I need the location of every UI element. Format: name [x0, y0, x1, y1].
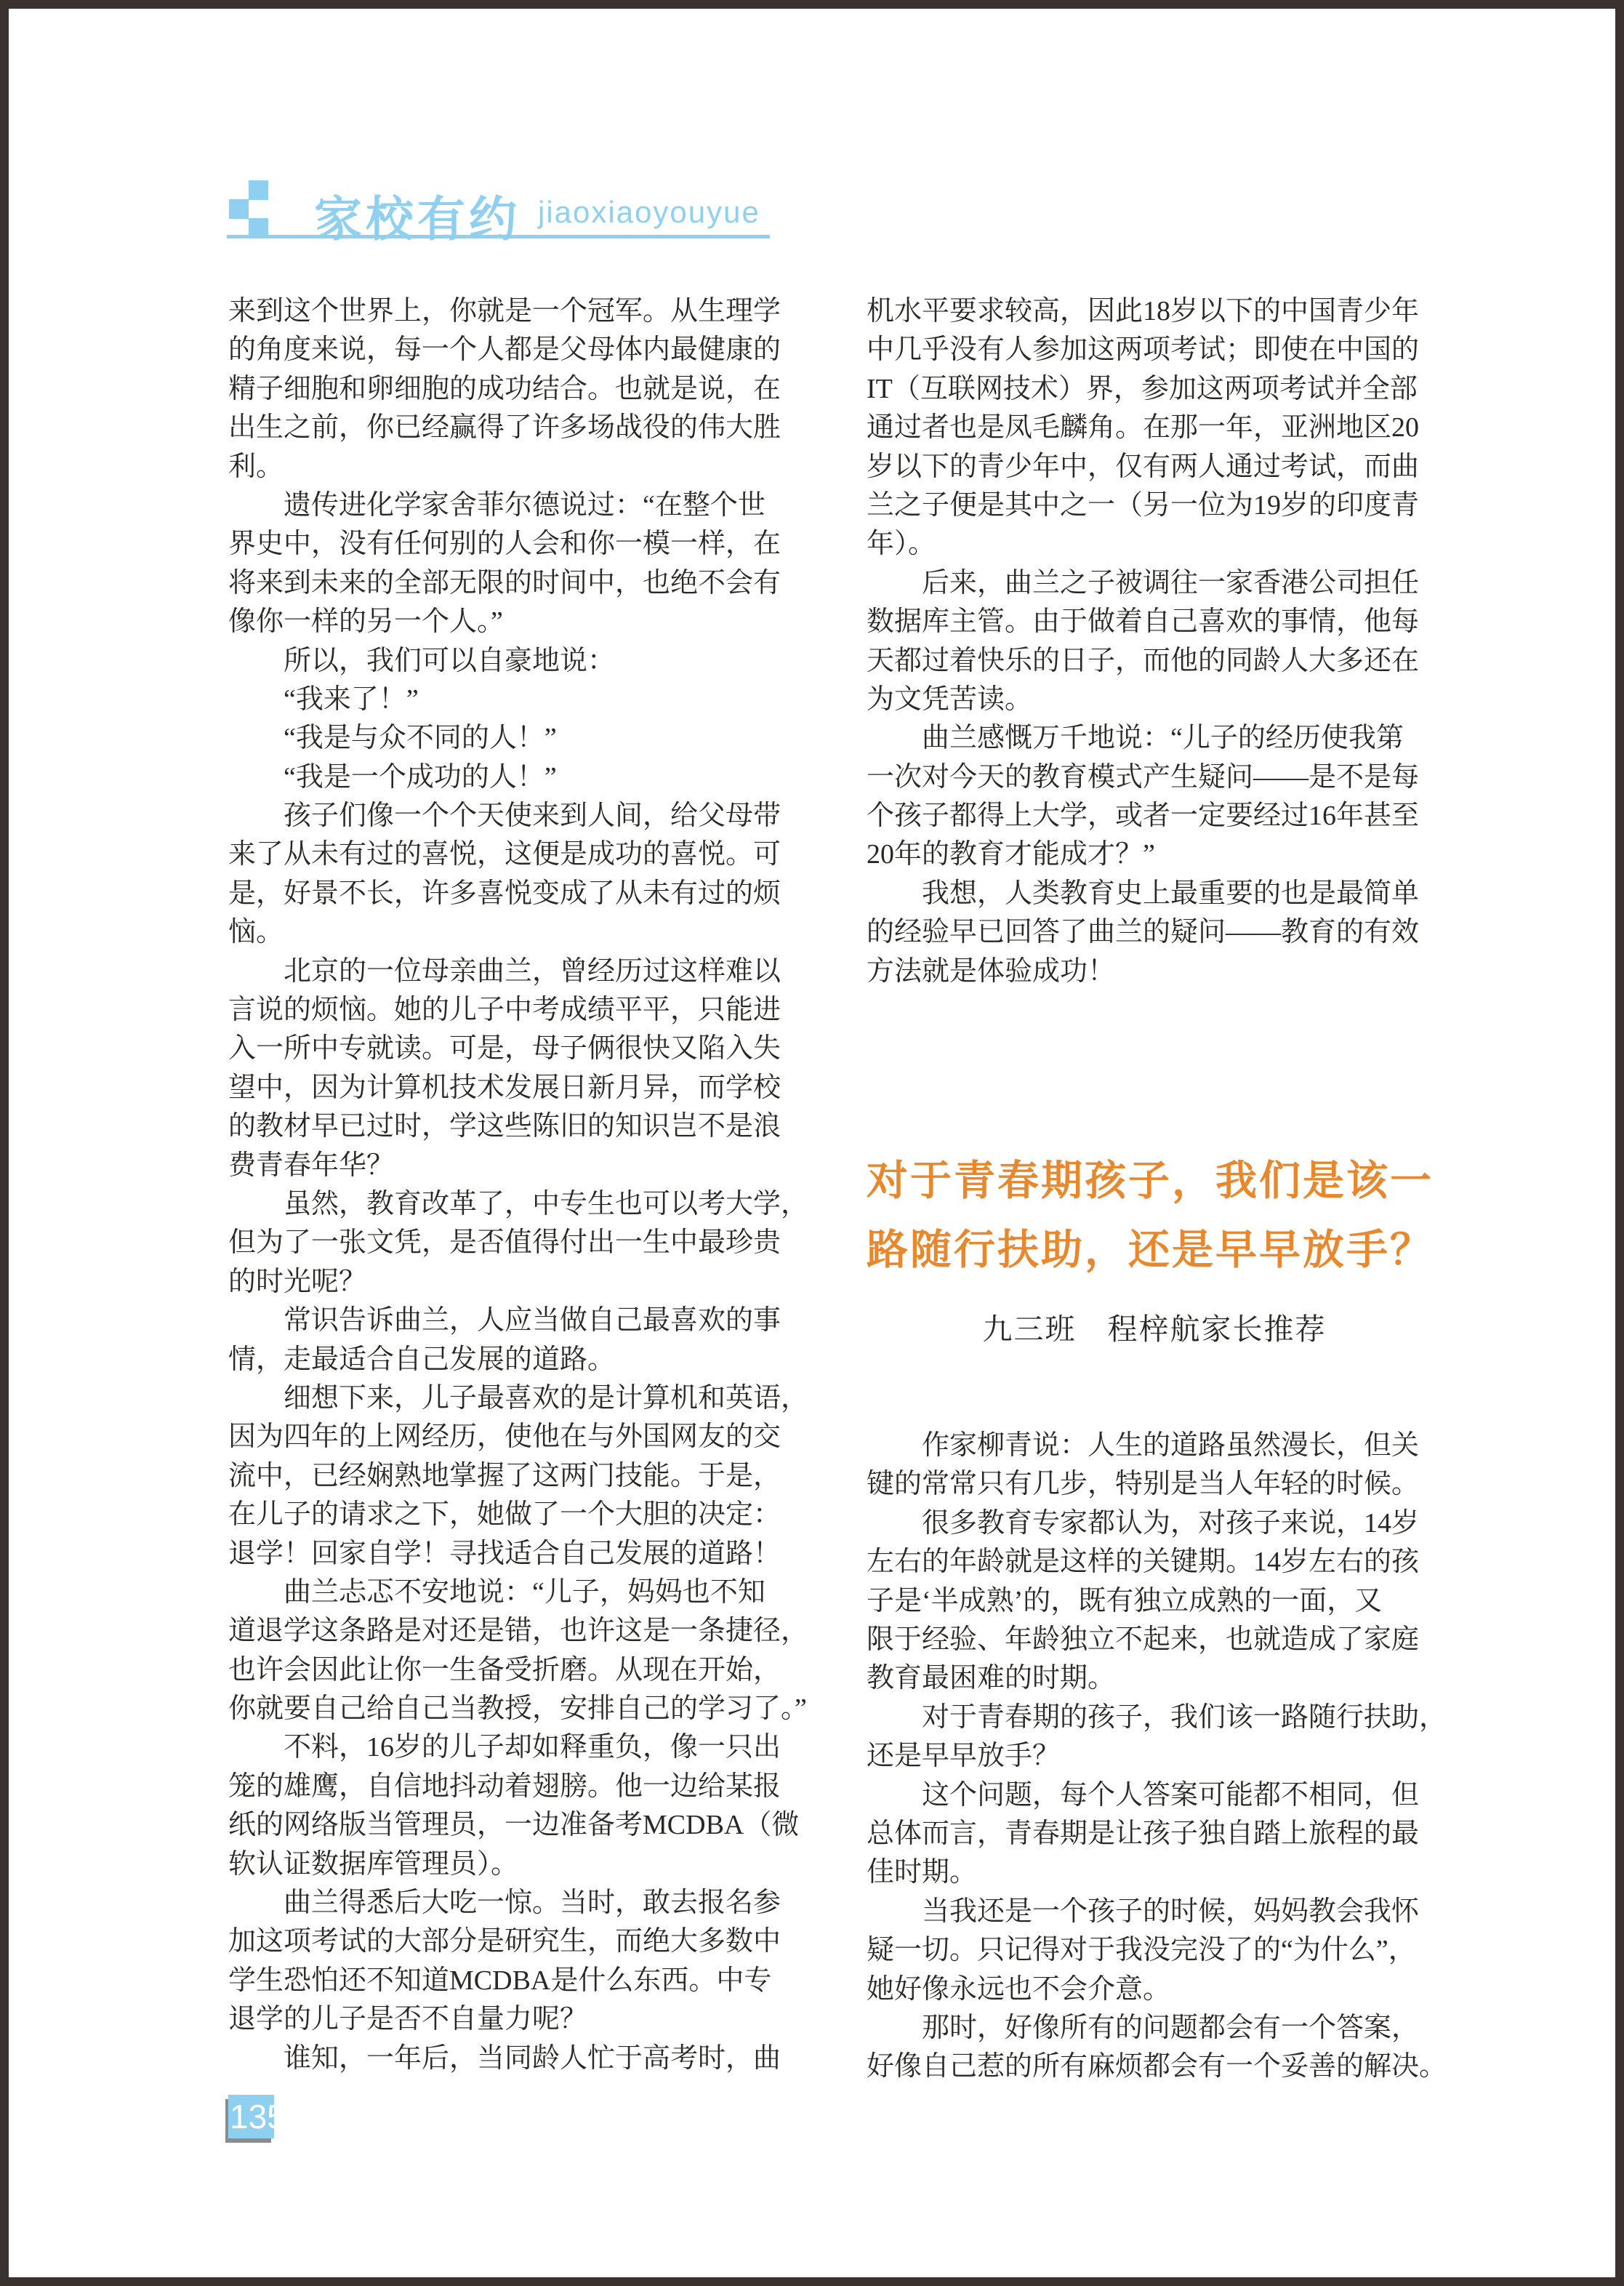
text-line: 出生之前，你已经赢得了许多场战役的伟大胜 [228, 409, 804, 447]
text-line: 键的常常只有几步，特别是当人年轻的时候。 [867, 1465, 1442, 1504]
text-line: 笼的雄鹰，自信地抖动着翅膀。他一边给某报 [228, 1768, 804, 1806]
text-line: 入一所中专就读。可是，母子俩很快又陷入失 [228, 1030, 804, 1068]
text-line: 中几乎没有人参加这两项考试；即使在中国的 [867, 331, 1442, 369]
text-line: 加这项考试的大部分是研究生，而绝大多数中 [228, 1922, 804, 1961]
text-line: 恼。 [228, 913, 804, 952]
text-line: 限于经验、年龄独立不起来，也就造成了家庭 [867, 1621, 1442, 1659]
text-line: 通过者也是凤毛麟角。在那一年，亚洲地区20 [867, 409, 1442, 447]
feature-heading: 对于青春期孩子，我们是该一路随行扶助，还是早早放手？ [867, 1147, 1442, 1285]
text-line: 这个问题，每个人答案可能都不相同，但 [867, 1776, 1442, 1815]
text-line: 不料，16岁的儿子却如释重负，像一只出 [228, 1728, 804, 1767]
text-line: 还是早早放手？ [867, 1737, 1442, 1776]
text-line: 作家柳青说：人生的道路虽然漫长，但关 [867, 1427, 1442, 1465]
checker-squares-icon [249, 180, 268, 200]
header-underline [227, 235, 770, 238]
text-line: 对于青春期的孩子，我们该一路随行扶助， [867, 1699, 1442, 1737]
text-line: 界史中，没有任何别的人会和你一模一样，在 [228, 525, 804, 564]
text-line: 的时光呢？ [228, 1263, 804, 1302]
text-line: 退学的儿子是否不自量力呢？ [228, 2000, 804, 2039]
text-line: “我是一个成功的人！” [228, 758, 804, 797]
feature-byline: 九三班 程梓航家长推荐 [867, 1310, 1442, 1349]
page-number: 135 [230, 2098, 286, 2135]
text-line: 为文凭苦读。 [867, 681, 1442, 719]
text-line: 流中，已经娴熟地掌握了这两门技能。于是， [228, 1457, 804, 1496]
text-line: 很多教育专家都认为，对孩子来说，14岁 [867, 1504, 1442, 1543]
text-line: “我是与众不同的人！” [228, 719, 804, 758]
text-line: 在儿子的请求之下，她做了一个大胆的决定： [228, 1496, 804, 1534]
text-line: 当我还是一个孩子的时候，妈妈教会我怀 [867, 1893, 1442, 1931]
text-line: 退学！回家自学！寻找适合自己发展的道路！ [228, 1535, 804, 1573]
text-line: 虽然，教育改革了，中专生也可以考大学， [228, 1185, 804, 1224]
text-line: 路随行扶助，还是早早放手？ [867, 1216, 1442, 1285]
text-line: 是，好景不长，许多喜悦变成了从未有过的烦 [228, 875, 804, 913]
text-line: 的角度来说，每一个人都是父母体内最健康的 [228, 331, 804, 369]
text-line: 疑一切。只记得对于我没完没了的“为什么”， [867, 1931, 1442, 1970]
text-line: 总体而言，青春期是让孩子独自踏上旅程的最 [867, 1815, 1442, 1853]
right-column-top-text: 机水平要求较高，因此18岁以下的中国青少年中几乎没有人参加这两项考试；即使在中国… [867, 292, 1442, 991]
right-column: 机水平要求较高，因此18岁以下的中国青少年中几乎没有人参加这两项考试；即使在中国… [867, 292, 1442, 2087]
text-line: 精子细胞和卵细胞的成功结合。也就是说，在 [228, 370, 804, 409]
left-column: 来到这个世界上，你就是一个冠军。从生理学的角度来说，每一个人都是父母体内最健康的… [228, 292, 804, 2078]
text-line: 遗传进化学家舍菲尔德说过：“在整个世 [228, 486, 804, 525]
text-line: 将来到未来的全部无限的时间中，也绝不会有 [228, 564, 804, 603]
text-line: 曲兰感慨万千地说：“儿子的经历使我第 [867, 719, 1442, 758]
text-line: 纸的网络版当管理员，一边准备考MCDBA（微 [228, 1806, 804, 1845]
text-line: 谁知，一年后，当同龄人忙于高考时，曲 [228, 2040, 804, 2078]
magazine-page: 家校有约 jiaoxiaoyouyue 来到这个世界上，你就是一个冠军。从生理学… [0, 0, 1624, 2286]
text-line: 利。 [228, 448, 804, 486]
text-line: 左右的年龄就是这样的关键期。14岁左右的孩 [867, 1543, 1442, 1581]
text-line: 情，走最适合自己发展的道路。 [228, 1341, 804, 1379]
text-line: 兰之子便是其中之一（另一位为19岁的印度青 [867, 486, 1442, 525]
text-line: 岁以下的青少年中，仅有两人通过考试，而曲 [867, 448, 1442, 486]
text-line: 好像自己惹的所有麻烦都会有一个妥善的解决。 [867, 2048, 1442, 2086]
text-line: 所以，我们可以自豪地说： [228, 642, 804, 681]
text-line: 曲兰得悉后大吃一惊。当时，敢去报名参 [228, 1884, 804, 1922]
text-line: 我想，人类教育史上最重要的也是最简单 [867, 875, 1442, 913]
text-line: 的教材早已过时，学这些陈旧的知识岂不是浪 [228, 1107, 804, 1146]
text-line: 望中，因为计算机技术发展日新月异，而学校 [228, 1069, 804, 1107]
text-line: 常识告诉曲兰，人应当做自己最喜欢的事 [228, 1302, 804, 1340]
section-title: 家校有约 [314, 180, 520, 249]
text-line: IT（互联网技术）界，参加这两项考试并全部 [867, 370, 1442, 409]
section-title-pinyin: jiaoxiaoyouyue [538, 195, 760, 230]
text-line: 软认证数据库管理员）。 [228, 1845, 804, 1884]
text-line: 数据库主管。由于做着自己喜欢的事情，他每 [867, 603, 1442, 641]
text-line: 因为四年的上网经历，使他在与外国网友的交 [228, 1418, 804, 1456]
text-line: 言说的烦恼。她的儿子中考成绩平平，只能进 [228, 991, 804, 1030]
text-line: 但为了一张文凭，是否值得付出一生中最珍贵 [228, 1224, 804, 1262]
text-line: “我来了！” [228, 681, 804, 719]
text-line: 北京的一位母亲曲兰，曾经历过这样难以 [228, 952, 804, 991]
text-line: 孩子们像一个个天使来到人间，给父母带 [228, 797, 804, 835]
text-line: 曲兰忐忑不安地说：“儿子，妈妈也不知 [228, 1573, 804, 1612]
text-line: 来了从未有过的喜悦，这便是成功的喜悦。可 [228, 835, 804, 874]
text-line: 的经验早已回答了曲兰的疑问——教育的有效 [867, 913, 1442, 952]
text-line: 也许会因此让你一生备受折磨。从现在开始， [228, 1651, 804, 1690]
text-line: 你就要自己给自己当教授，安排自己的学习了。” [228, 1690, 804, 1728]
text-line: 年）。 [867, 525, 1442, 564]
text-line: 20年的教育才能成才？” [867, 835, 1442, 874]
text-line: 来到这个世界上，你就是一个冠军。从生理学 [228, 292, 804, 331]
text-line: 天都过着快乐的日子，而他的同龄人大多还在 [867, 642, 1442, 681]
right-column-bottom-text: 作家柳青说：人生的道路虽然漫长，但关键的常常只有几步，特别是当人年轻的时候。 很… [867, 1427, 1442, 2087]
checker-squares-icon [229, 199, 249, 219]
text-line: 一次对今天的教育模式产生疑问——是不是每 [867, 758, 1442, 797]
text-line: 细想下来，儿子最喜欢的是计算机和英语， [228, 1379, 804, 1418]
text-line: 费青春年华？ [228, 1147, 804, 1185]
text-line: 佳时期。 [867, 1853, 1442, 1892]
text-line: 她好像永远也不会介意。 [867, 1970, 1442, 2009]
checker-squares-icon [249, 218, 268, 236]
text-line: 道退学这条路是对还是错，也许这是一条捷径， [228, 1612, 804, 1651]
text-line: 机水平要求较高，因此18岁以下的中国青少年 [867, 292, 1442, 331]
page-number-badge: 135 [228, 2095, 274, 2138]
text-line: 子是‘半成熟’的，既有独立成熟的一面，又 [867, 1582, 1442, 1621]
text-line: 学生恐怕还不知道MCDBA是什么东西。中专 [228, 1962, 804, 2000]
text-line: 方法就是体验成功！ [867, 952, 1442, 991]
text-line: 那时，好像所有的问题都会有一个答案， [867, 2009, 1442, 2048]
text-line: 后来，曲兰之子被调往一家香港公司担任 [867, 564, 1442, 603]
text-line: 个孩子都得上大学，或者一定要经过16年甚至 [867, 797, 1442, 835]
text-line: 对于青春期孩子，我们是该一 [867, 1147, 1442, 1216]
text-line: 教育最困难的时期。 [867, 1659, 1442, 1698]
text-line: 像你一样的另一个人。” [228, 603, 804, 641]
